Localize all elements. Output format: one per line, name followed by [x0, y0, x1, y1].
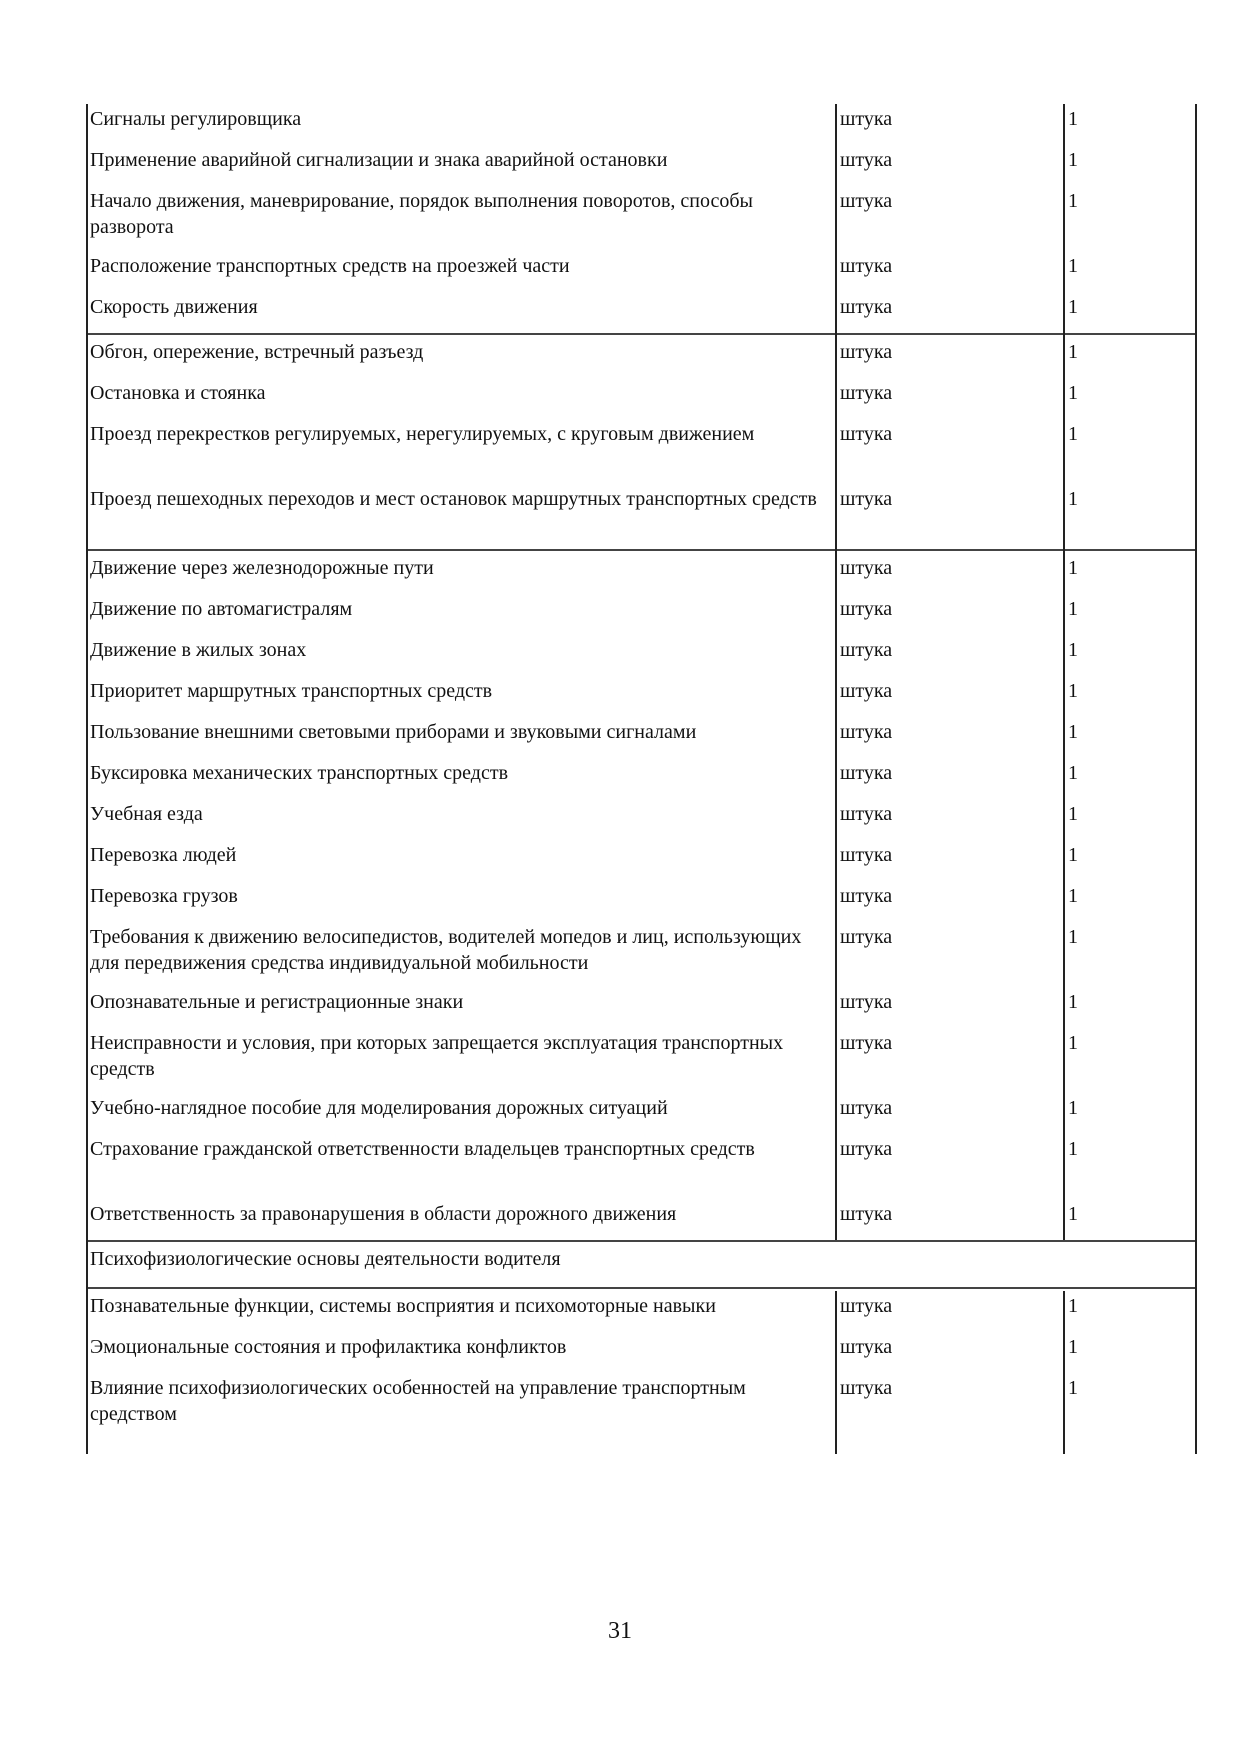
item-unit: штука: [840, 1030, 1060, 1056]
item-unit: штука: [840, 801, 1060, 827]
item-unit: штука: [840, 719, 1060, 745]
item-quantity: 1: [1068, 989, 1188, 1015]
item-unit: штука: [840, 1375, 1060, 1401]
row-separator: [87, 1240, 1196, 1242]
item-quantity: 1: [1068, 1334, 1188, 1360]
item-unit: штука: [840, 147, 1060, 173]
item-name: Проезд перекрестков регулируемых, нерегу…: [90, 421, 830, 447]
item-name: Движение по автомагистралям: [90, 596, 830, 622]
item-quantity: 1: [1068, 106, 1188, 132]
column-divider: [1063, 104, 1065, 1240]
item-unit: штука: [840, 883, 1060, 909]
page-number: 31: [0, 1618, 1240, 1645]
row-separator: [87, 333, 1196, 335]
item-name: Учебная езда: [90, 801, 830, 827]
item-name: Остановка и стоянка: [90, 380, 830, 406]
item-unit: штука: [840, 486, 1060, 512]
item-quantity: 1: [1068, 760, 1188, 786]
item-unit: штука: [840, 555, 1060, 581]
item-unit: штука: [840, 678, 1060, 704]
item-quantity: 1: [1068, 678, 1188, 704]
item-unit: штука: [840, 1293, 1060, 1319]
item-quantity: 1: [1068, 188, 1188, 214]
table-border: [86, 104, 88, 1454]
item-unit: штука: [840, 1136, 1060, 1162]
item-name: Эмоциональные состояния и профилактика к…: [90, 1334, 830, 1360]
column-divider: [835, 104, 837, 1240]
item-name: Обгон, опережение, встречный разъезд: [90, 339, 830, 365]
item-unit: штука: [840, 294, 1060, 320]
section-title: Психофизиологические основы деятельности…: [90, 1246, 1190, 1272]
item-unit: штука: [840, 106, 1060, 132]
item-quantity: 1: [1068, 719, 1188, 745]
item-unit: штука: [840, 188, 1060, 214]
item-name: Влияние психофизиологических особенносте…: [90, 1375, 830, 1427]
item-quantity: 1: [1068, 924, 1188, 950]
item-name: Применение аварийной сигнализации и знак…: [90, 147, 830, 173]
item-name: Учебно-наглядное пособие для моделирован…: [90, 1095, 830, 1121]
item-quantity: 1: [1068, 339, 1188, 365]
item-quantity: 1: [1068, 637, 1188, 663]
item-quantity: 1: [1068, 253, 1188, 279]
item-quantity: 1: [1068, 842, 1188, 868]
item-quantity: 1: [1068, 1095, 1188, 1121]
item-quantity: 1: [1068, 801, 1188, 827]
item-name: Расположение транспортных средств на про…: [90, 253, 830, 279]
item-quantity: 1: [1068, 380, 1188, 406]
table-border: [1195, 104, 1197, 1454]
item-unit: штука: [840, 596, 1060, 622]
item-unit: штука: [840, 989, 1060, 1015]
item-name: Приоритет маршрутных транспортных средст…: [90, 678, 830, 704]
item-name: Опознавательные и регистрационные знаки: [90, 989, 830, 1015]
item-unit: штука: [840, 760, 1060, 786]
item-name: Сигналы регулировщика: [90, 106, 830, 132]
item-quantity: 1: [1068, 1136, 1188, 1162]
item-name: Требования к движению велосипедистов, во…: [90, 924, 830, 976]
item-unit: штука: [840, 1334, 1060, 1360]
item-unit: штука: [840, 924, 1060, 950]
item-name: Познавательные функции, системы восприят…: [90, 1293, 830, 1319]
item-quantity: 1: [1068, 1201, 1188, 1227]
item-quantity: 1: [1068, 1030, 1188, 1056]
document-page: Сигналы регулировщикаштука1Применение ав…: [0, 0, 1240, 1755]
item-name: Движение через железнодорожные пути: [90, 555, 830, 581]
row-separator: [87, 549, 1196, 551]
item-unit: штука: [840, 339, 1060, 365]
item-name: Буксировка механических транспортных сре…: [90, 760, 830, 786]
item-name: Начало движения, маневрирование, порядок…: [90, 188, 830, 240]
item-quantity: 1: [1068, 1293, 1188, 1319]
item-quantity: 1: [1068, 421, 1188, 447]
item-quantity: 1: [1068, 147, 1188, 173]
item-unit: штука: [840, 421, 1060, 447]
item-unit: штука: [840, 637, 1060, 663]
item-unit: штука: [840, 842, 1060, 868]
row-separator: [87, 1287, 1196, 1289]
item-quantity: 1: [1068, 883, 1188, 909]
item-quantity: 1: [1068, 1375, 1188, 1401]
item-name: Перевозка грузов: [90, 883, 830, 909]
column-divider: [835, 1291, 837, 1454]
item-name: Ответственность за правонарушения в обла…: [90, 1201, 830, 1227]
item-name: Проезд пешеходных переходов и мест остан…: [90, 486, 830, 512]
item-unit: штука: [840, 253, 1060, 279]
item-unit: штука: [840, 380, 1060, 406]
item-name: Перевозка людей: [90, 842, 830, 868]
item-quantity: 1: [1068, 486, 1188, 512]
item-unit: штука: [840, 1201, 1060, 1227]
item-name: Скорость движения: [90, 294, 830, 320]
item-name: Неисправности и условия, при которых зап…: [90, 1030, 830, 1082]
item-name: Движение в жилых зонах: [90, 637, 830, 663]
item-name: Пользование внешними световыми приборами…: [90, 719, 830, 745]
item-quantity: 1: [1068, 294, 1188, 320]
item-quantity: 1: [1068, 555, 1188, 581]
item-unit: штука: [840, 1095, 1060, 1121]
column-divider: [1063, 1291, 1065, 1454]
item-name: Страхование гражданской ответственности …: [90, 1136, 830, 1162]
item-quantity: 1: [1068, 596, 1188, 622]
